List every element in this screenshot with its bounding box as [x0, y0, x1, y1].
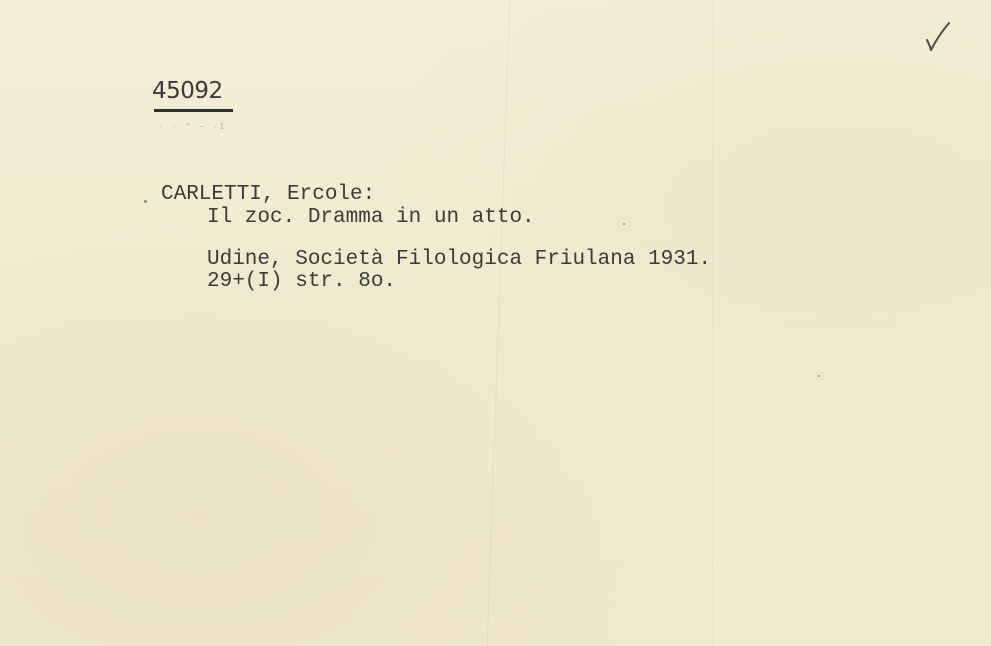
accession-underline: [154, 109, 233, 112]
paper-crease: [487, 0, 511, 646]
stray-mark: [818, 375, 820, 377]
catalog-card: 45092 - - ^ ~ -1 CARLETTI, Ercole: Il zo…: [0, 0, 991, 646]
imprint: Udine, Società Filologica Friulana 1931.: [207, 249, 711, 271]
faint-pencil-marks: - - ^ ~ -1: [158, 122, 226, 131]
stray-mark: [144, 200, 147, 203]
paper-crease: [712, 0, 713, 646]
accession-number: 45092: [152, 78, 223, 104]
checkmark-icon: [922, 20, 952, 54]
title-statement: Il zoc. Dramma in un atto.: [207, 207, 535, 229]
collation: 29+(I) str. 8o.: [207, 271, 396, 293]
main-entry-heading: CARLETTI, Ercole:: [161, 184, 375, 206]
stray-mark: [623, 223, 625, 225]
